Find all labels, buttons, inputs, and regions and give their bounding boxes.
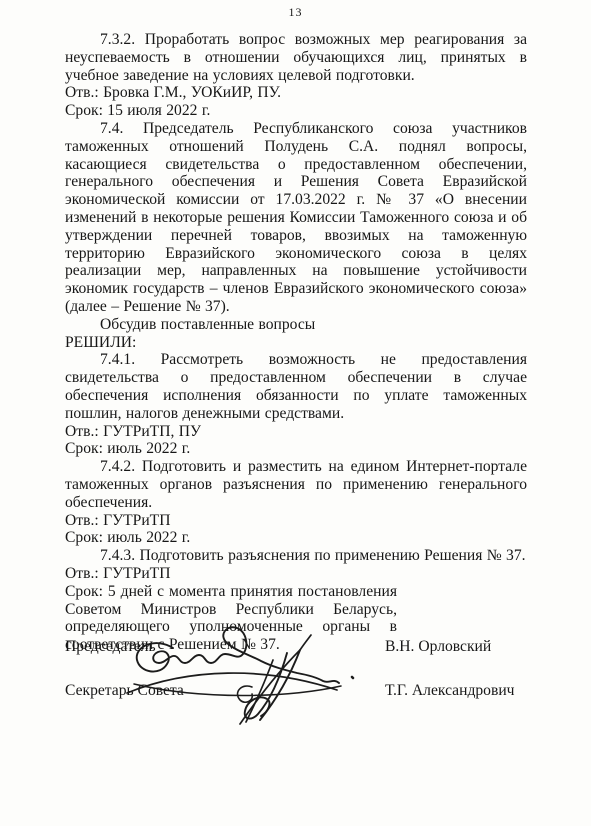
deadline-line-7-3-2: Срок: 15 июля 2022 г. (65, 102, 527, 120)
responsible-line-7-3-2: Отв.: Бровка Г.М., УОКиИР, ПУ. (65, 84, 527, 102)
paragraph-7-3-2: 7.3.2. Проработать вопрос возможных мер … (65, 31, 527, 84)
signature-block: Председатель В.Н. Орловский Секретарь Со… (65, 638, 527, 704)
deadline-line-7-4-1: Срок: июль 2022 г. (65, 440, 527, 458)
deadline-line-7-4-2: Срок: июль 2022 г. (65, 529, 527, 547)
responsible-line-7-4-2: Отв.: ГУТРиТП (65, 512, 527, 530)
paragraph-7-4-1: 7.4.1. Рассмотреть возможность не предос… (65, 351, 527, 422)
responsible-line-7-4-1: Отв.: ГУТРиТП, ПУ (65, 423, 527, 441)
page-number: 13 (0, 5, 591, 20)
chairman-name: В.Н. Орловский (385, 638, 491, 656)
paragraph-7-4-2: 7.4.2. Подготовить и разместить на едино… (65, 458, 527, 511)
secretary-signature-row: Секретарь Совета Т.Г. Александрович (65, 682, 527, 704)
chairman-signature-row: Председатель В.Н. Орловский (65, 638, 527, 660)
paragraph-7-4-3: 7.4.3. Подготовить разъяснения по примен… (65, 547, 527, 565)
secretary-name: Т.Г. Александрович (385, 682, 515, 700)
decided-heading: РЕШИЛИ: (65, 334, 527, 352)
paragraph-7-4: 7.4. Председатель Республиканского союза… (65, 120, 527, 316)
responsible-line-7-4-3: Отв.: ГУТРиТП (65, 565, 527, 583)
secretary-role-label: Секретарь Совета (65, 682, 184, 699)
document-body: 7.3.2. Проработать вопрос возможных мер … (65, 31, 527, 654)
discussed-line: Обсудив поставленные вопросы (65, 316, 527, 334)
chairman-role-label: Председатель (65, 638, 156, 655)
document-page: 13 7.3.2. Проработать вопрос возможных м… (0, 0, 591, 826)
